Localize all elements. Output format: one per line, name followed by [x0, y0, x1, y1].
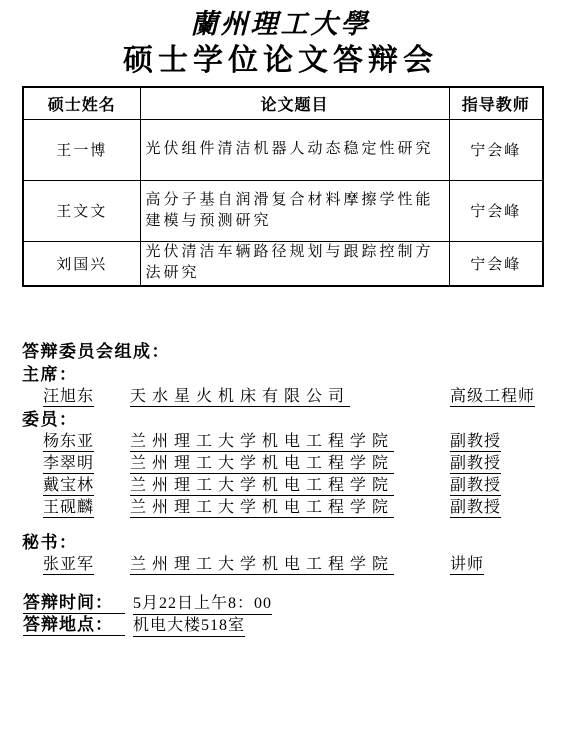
chair-affiliation: 天水星火机床有限公司	[130, 387, 350, 407]
member-affiliation: 兰州理工大学机电工程学院	[130, 454, 394, 474]
footer-section: 答辩时间： 5月22日上午8：00 答辩地点： 机电大楼518室	[0, 593, 561, 637]
column-header-advisor: 指导教师	[449, 87, 543, 119]
table-header-row: 硕士姓名 论文题目 指导教师	[23, 87, 543, 119]
person-title-box: 副教授	[450, 453, 561, 475]
secretary-name: 张亚军	[43, 555, 94, 575]
member-name: 李翠明	[43, 454, 94, 474]
defense-schedule-table: 硕士姓名 论文题目 指导教师 王一博 光伏组件清洁机器人动态稳定性研究 宁会峰 …	[22, 86, 544, 287]
person-title-box: 高级工程师	[450, 386, 561, 408]
member-affiliation: 兰州理工大学机电工程学院	[130, 498, 394, 518]
person-affiliation-box: 兰州理工大学机电工程学院	[130, 453, 450, 475]
person-name-box: 杨东亚	[43, 431, 130, 453]
member-title: 副教授	[450, 498, 501, 518]
student-name: 刘国兴	[23, 241, 140, 286]
advisor-name: 宁会峰	[449, 119, 543, 180]
defense-time-value: 5月22日上午8：00	[133, 594, 272, 615]
person-title-box: 副教授	[450, 475, 561, 497]
table-row: 王一博 光伏组件清洁机器人动态稳定性研究 宁会峰	[23, 119, 543, 180]
person-title-box: 副教授	[450, 431, 561, 453]
person-affiliation-box: 兰州理工大学机电工程学院	[130, 497, 450, 519]
student-name: 王文文	[23, 180, 140, 241]
chair-label: 主席：	[22, 363, 561, 386]
advisor-name: 宁会峰	[449, 180, 543, 241]
thesis-title: 光伏组件清洁机器人动态稳定性研究	[140, 119, 449, 180]
chair-row: 汪旭东 天水星火机床有限公司 高级工程师	[0, 386, 561, 408]
student-name: 王一博	[23, 119, 140, 180]
column-header-thesis-title: 论文题目	[140, 87, 449, 119]
person-affiliation-box: 兰州理工大学机电工程学院	[130, 475, 450, 497]
person-name-box: 张亚军	[43, 554, 130, 576]
chair-title: 高级工程师	[450, 387, 535, 407]
thesis-title: 高分子基自润滑复合材料摩擦学性能 建模与预测研究	[140, 180, 449, 241]
defense-time-label: 答辩时间：	[23, 593, 125, 614]
members-label: 委员：	[22, 408, 561, 431]
member-title: 副教授	[450, 432, 501, 452]
member-affiliation: 兰州理工大学机电工程学院	[130, 432, 394, 452]
document-page: 蘭州理工大學 硕士学位论文答辩会 硕士姓名 论文题目 指导教师 王一博 光伏组件…	[0, 0, 561, 747]
member-title: 副教授	[450, 454, 501, 474]
column-header-student-name: 硕士姓名	[23, 87, 140, 119]
committee-section: 答辩委员会组成： 主席： 汪旭东 天水星火机床有限公司 高级工程师 委员： 杨东…	[0, 340, 561, 576]
person-title-box: 讲师	[450, 554, 561, 576]
secretary-title: 讲师	[450, 555, 484, 575]
person-name-box: 王砚麟	[43, 497, 130, 519]
university-calligraphy-logo: 蘭州理工大學	[0, 7, 561, 41]
advisor-name: 宁会峰	[449, 241, 543, 286]
page-title: 硕士学位论文答辩会	[0, 43, 561, 79]
secretary-affiliation: 兰州理工大学机电工程学院	[130, 555, 394, 575]
thesis-title: 光伏清洁车辆路径规划与跟踪控制方 法研究	[140, 241, 449, 286]
member-row: 杨东亚 兰州理工大学机电工程学院 副教授	[0, 431, 561, 453]
member-row: 李翠明 兰州理工大学机电工程学院 副教授	[0, 453, 561, 475]
defense-time-row: 答辩时间： 5月22日上午8：00	[0, 593, 561, 615]
footer-label-box: 答辩地点：	[23, 615, 133, 637]
table-row: 刘国兴 光伏清洁车辆路径规划与跟踪控制方 法研究 宁会峰	[23, 241, 543, 286]
member-name: 戴宝林	[43, 476, 94, 496]
secretary-row: 张亚军 兰州理工大学机电工程学院 讲师	[0, 554, 561, 576]
spacer	[0, 519, 561, 531]
member-name: 杨东亚	[43, 432, 94, 452]
person-affiliation-box: 兰州理工大学机电工程学院	[130, 431, 450, 453]
person-name-box: 汪旭东	[43, 386, 130, 408]
member-row: 王砚麟 兰州理工大学机电工程学院 副教授	[0, 497, 561, 519]
member-name: 王砚麟	[43, 498, 94, 518]
chair-name: 汪旭东	[43, 387, 94, 407]
secretary-label: 秘书：	[22, 531, 561, 554]
member-title: 副教授	[450, 476, 501, 496]
defense-location-label: 答辩地点：	[23, 615, 125, 636]
footer-label-box: 答辩时间：	[23, 593, 133, 615]
person-name-box: 李翠明	[43, 453, 130, 475]
person-affiliation-box: 兰州理工大学机电工程学院	[130, 554, 450, 576]
person-affiliation-box: 天水星火机床有限公司	[130, 386, 450, 408]
person-name-box: 戴宝林	[43, 475, 130, 497]
defense-location-value: 机电大楼518室	[133, 616, 245, 637]
member-affiliation: 兰州理工大学机电工程学院	[130, 476, 394, 496]
committee-heading: 答辩委员会组成：	[22, 340, 561, 363]
table-row: 王文文 高分子基自润滑复合材料摩擦学性能 建模与预测研究 宁会峰	[23, 180, 543, 241]
defense-location-row: 答辩地点： 机电大楼518室	[0, 615, 561, 637]
person-title-box: 副教授	[450, 497, 561, 519]
member-row: 戴宝林 兰州理工大学机电工程学院 副教授	[0, 475, 561, 497]
